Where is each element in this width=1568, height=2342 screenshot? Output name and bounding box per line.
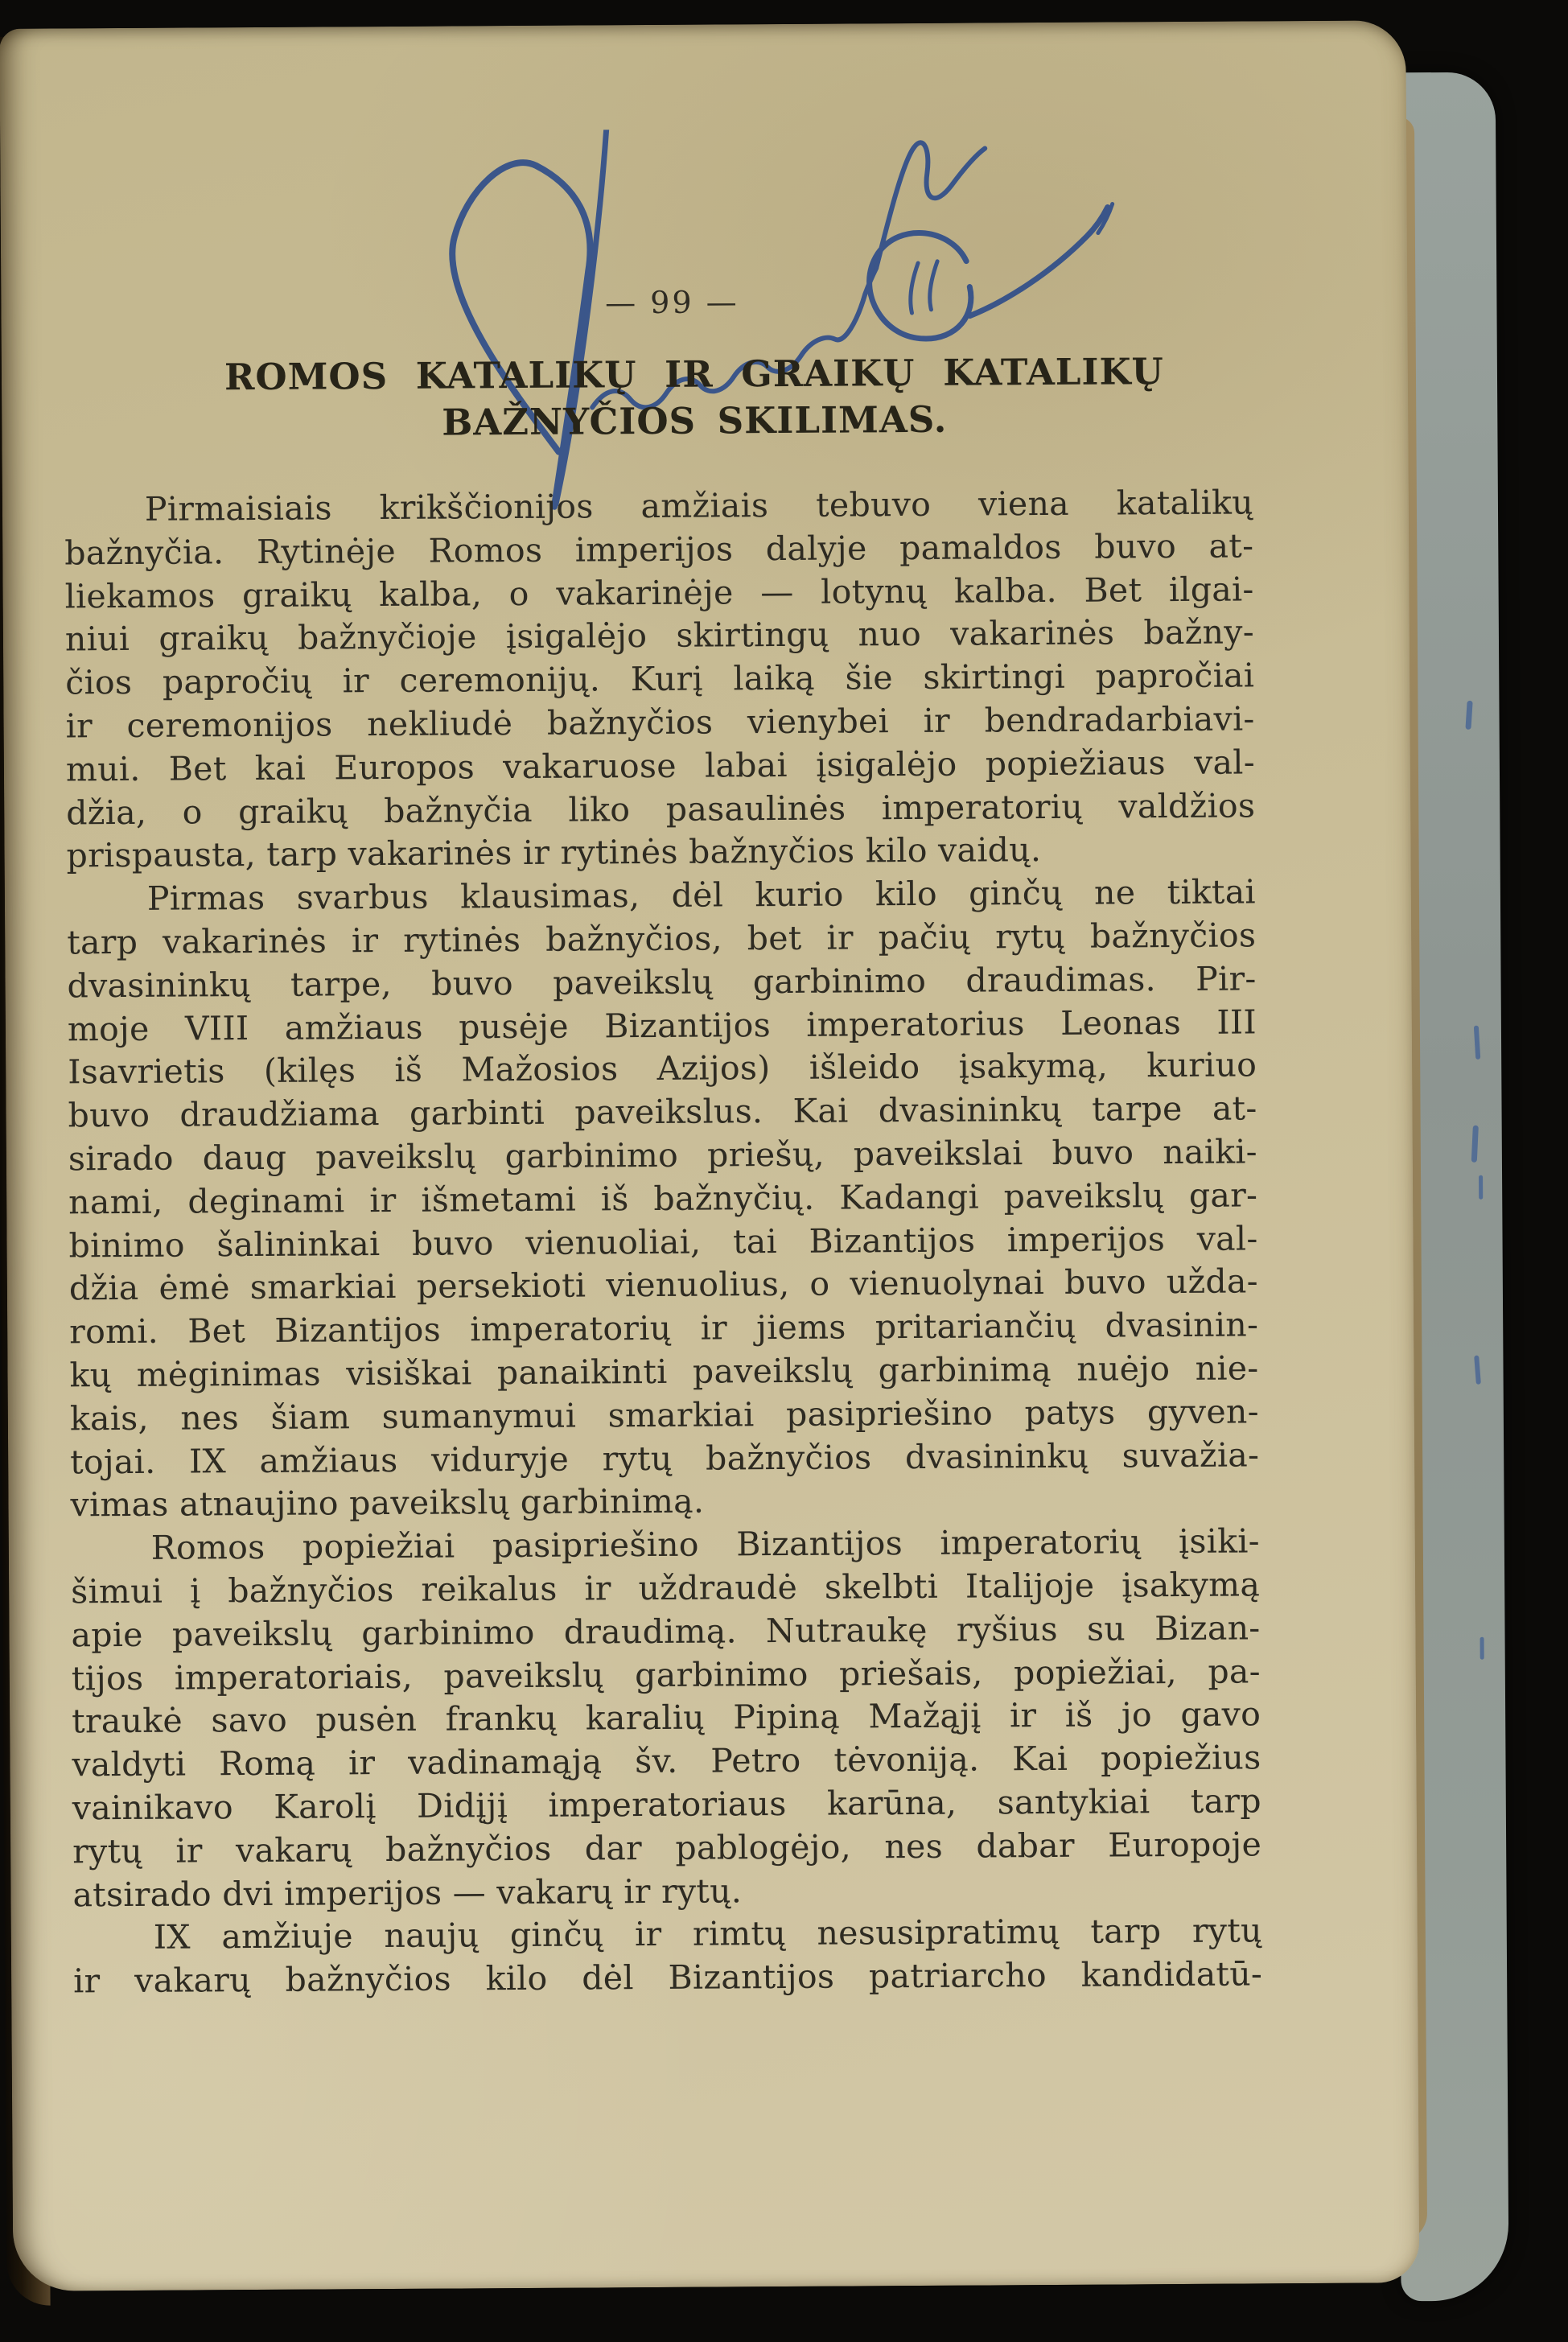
text-line: tojai. IX amžiaus viduryje rytų bažnyčio… — [70, 1434, 1259, 1484]
text-line: džia ėmė smarkiai persekioti vienuolius,… — [69, 1261, 1258, 1311]
paragraph: Romos popiežiai pasipriešino Bizantijos … — [71, 1521, 1262, 1917]
page-number: — 99 — — [77, 281, 1266, 323]
text-line: vimas atnaujino paveikslų garbinimą. — [70, 1477, 1259, 1528]
text-line: rytų ir vakarų bažnyčios dar pablogėjo, … — [72, 1823, 1261, 1874]
text-line: liekamos graikų kalba, o vakarinėje — lo… — [64, 568, 1253, 619]
text-line: valdyti Romą ir vadinamąją šv. Petro tėv… — [72, 1737, 1261, 1788]
text-line: Pirmas svarbus klausimas, dėl kurio kilo… — [67, 871, 1256, 922]
text-line: nami, deginami ir išmetami iš bažnyčių. … — [68, 1174, 1257, 1225]
page-title-line2: BAŽNYČIOS SKILIMAS. — [100, 396, 1289, 446]
text-line: atsirado dvi imperijos — vakarų ir rytų. — [72, 1867, 1261, 1917]
text-line: tarp vakarinės ir rytinės bažnyčios, bet… — [67, 914, 1256, 965]
text-line: moje VIII amžiaus pusėje Bizantijos impe… — [68, 1001, 1257, 1052]
text-line: vainikavo Karolį Didįjį imperatoriaus ka… — [72, 1780, 1261, 1830]
text-line: buvo draudžiama garbinti paveikslus. Kai… — [68, 1088, 1257, 1138]
text-line: traukė savo pusėn frankų karalių Pipiną … — [72, 1694, 1261, 1744]
text-line: Pirmaisiais krikščionijos amžiais tebuvo… — [64, 481, 1253, 532]
text-line: Romos popiežiai pasipriešino Bizantijos … — [71, 1521, 1260, 1571]
signature-ink — [396, 126, 1122, 533]
text-line: džia, o graikų bažnyčia liko pasaulinės … — [66, 784, 1255, 835]
text-line: tijos imperatoriais, paveikslų garbinimo… — [72, 1650, 1261, 1701]
text-line: prispausta, tarp vakarinės ir rytinės ba… — [66, 828, 1255, 879]
paragraph: Pirmaisiais krikščionijos amžiais tebuvo… — [64, 481, 1256, 878]
text-line: čios papročių ir ceremonijų. Kurį laiką … — [65, 655, 1254, 706]
text-line: bažnyčia. Rytinėje Romos imperijos dalyj… — [64, 525, 1253, 575]
ink-mark — [1480, 1637, 1484, 1660]
ink-mark — [1479, 1175, 1483, 1200]
text-line: Isavrietis (kilęs iš Mažosios Azijos) iš… — [68, 1044, 1257, 1095]
text-line: IX amžiuje naujų ginčų ir rimtų nesusipr… — [73, 1910, 1262, 1961]
text-line: ir vakarų bažnyčios kilo dėl Bizantijos … — [73, 1953, 1262, 2003]
text-line: apie paveikslų garbinimo draudimą. Nutra… — [71, 1607, 1260, 1657]
text-line: dvasininkų tarpe, buvo paveikslų garbini… — [67, 957, 1256, 1008]
text-line: mui. Bet kai Europos vakaruose labai įsi… — [66, 741, 1255, 792]
body-text: Pirmaisiais krikščionijos amžiais tebuvo… — [64, 481, 1262, 2003]
paragraph: Pirmas svarbus klausimas, dėl kurio kilo… — [67, 871, 1260, 1528]
text-line: niui graikų bažnyčioje įsigalėjo skirtin… — [65, 611, 1254, 662]
text-line: binimo šalininkai buvo vienuoliai, tai B… — [68, 1217, 1257, 1268]
text-line: kais, nes šiam sumanymui smarkiai pasipr… — [70, 1390, 1259, 1441]
photo-background: — 99 — ROMOS KATALIKŲ IR GRAIKŲ KATALIKŲ… — [0, 0, 1568, 2342]
book-page: — 99 — ROMOS KATALIKŲ IR GRAIKŲ KATALIKŲ… — [0, 20, 1419, 2291]
book: — 99 — ROMOS KATALIKŲ IR GRAIKŲ KATALIKŲ… — [0, 0, 1568, 2342]
text-line: ir ceremonijos nekliudė bažnyčios vienyb… — [65, 698, 1254, 748]
paragraph: IX amžiuje naujų ginčų ir rimtų nesusipr… — [73, 1910, 1263, 2004]
text-line: sirado daug paveikslų garbinimo priešų, … — [68, 1130, 1257, 1181]
text-line: romi. Bet Bizantijos imperatorių ir jiem… — [69, 1304, 1258, 1355]
text-line: kų mėginimas visiškai panaikinti paveiks… — [69, 1347, 1258, 1397]
page-title-line1: ROMOS KATALIKŲ IR GRAIKŲ KATALIKŲ — [100, 349, 1289, 399]
text-line: šimui į bažnyčios reikalus ir uždraudė s… — [71, 1563, 1260, 1614]
